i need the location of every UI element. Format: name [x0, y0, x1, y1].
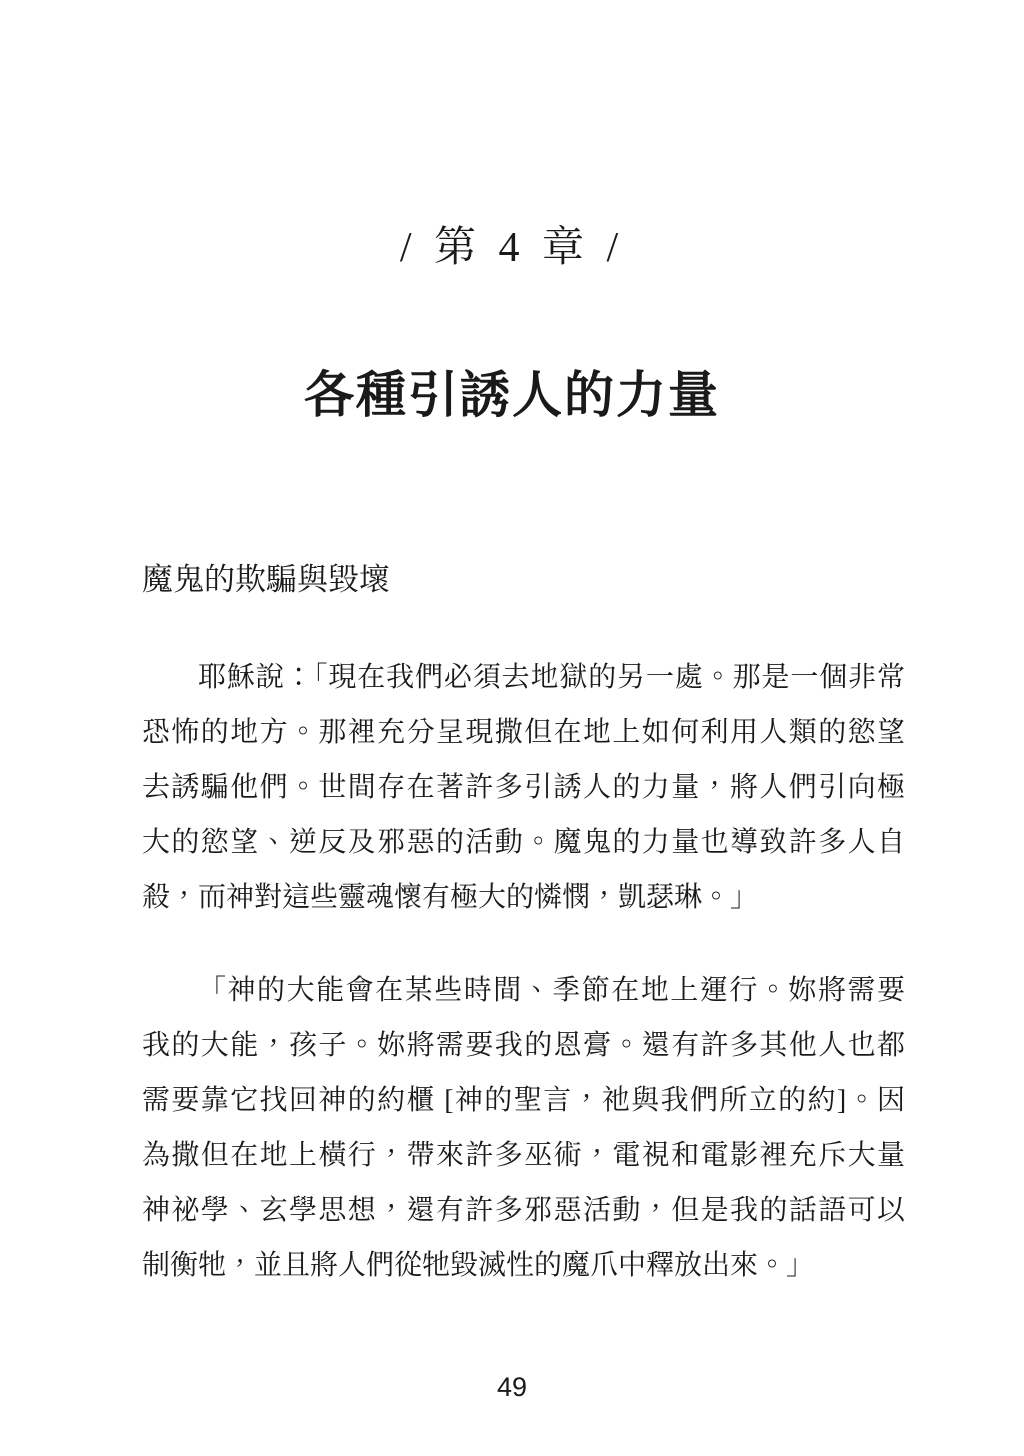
paragraph-1: 耶穌說：「現在我們必須去地獄的另一處。那是一個非常 恐怖的地方。那裡充分呈現撒但…: [142, 650, 905, 925]
chapter-title: 各種引誘人的力量: [0, 366, 1024, 424]
section-heading: 魔鬼的欺騙與毀壞: [142, 560, 1024, 600]
page-number: 49: [0, 1372, 1024, 1403]
chapter-heading: / 第 4 章 /: [0, 222, 1024, 274]
paragraph-1-line-5: 殺，而神對這些靈魂懷有極大的憐憫，凱瑟琳。」: [142, 870, 905, 925]
paragraph-2-line-5: 神祕學、玄學思想，還有許多邪惡活動，但是我的話語可以: [142, 1183, 905, 1238]
paragraph-1-line-2: 恐怖的地方。那裡充分呈現撒但在地上如何利用人類的慾望: [142, 705, 905, 760]
paragraph-2-line-3: 需要靠它找回神的約櫃 [神的聖言，祂與我們所立的約]。因: [142, 1073, 905, 1128]
paragraph-2: 「神的大能會在某些時間、季節在地上運行。妳將需要 我的大能，孩子。妳將需要我的恩…: [142, 963, 905, 1293]
paragraph-2-line-1: 「神的大能會在某些時間、季節在地上運行。妳將需要: [142, 963, 905, 1018]
paragraph-2-line-2: 我的大能，孩子。妳將需要我的恩膏。還有許多其他人也都: [142, 1018, 905, 1073]
paragraph-2-line-6: 制衡牠，並且將人們從牠毀滅性的魔爪中釋放出來。」: [142, 1238, 905, 1293]
book-page: / 第 4 章 / 各種引誘人的力量 魔鬼的欺騙與毀壞 耶穌說：「現在我們必須去…: [0, 0, 1024, 1456]
paragraph-1-line-4: 大的慾望、逆反及邪惡的活動。魔鬼的力量也導致許多人自: [142, 815, 905, 870]
paragraph-1-line-3: 去誘騙他們。世間存在著許多引誘人的力量，將人們引向極: [142, 760, 905, 815]
paragraph-1-line-1: 耶穌說：「現在我們必須去地獄的另一處。那是一個非常: [142, 650, 905, 705]
paragraph-2-line-4: 為撒但在地上橫行，帶來許多巫術，電視和電影裡充斥大量: [142, 1128, 905, 1183]
